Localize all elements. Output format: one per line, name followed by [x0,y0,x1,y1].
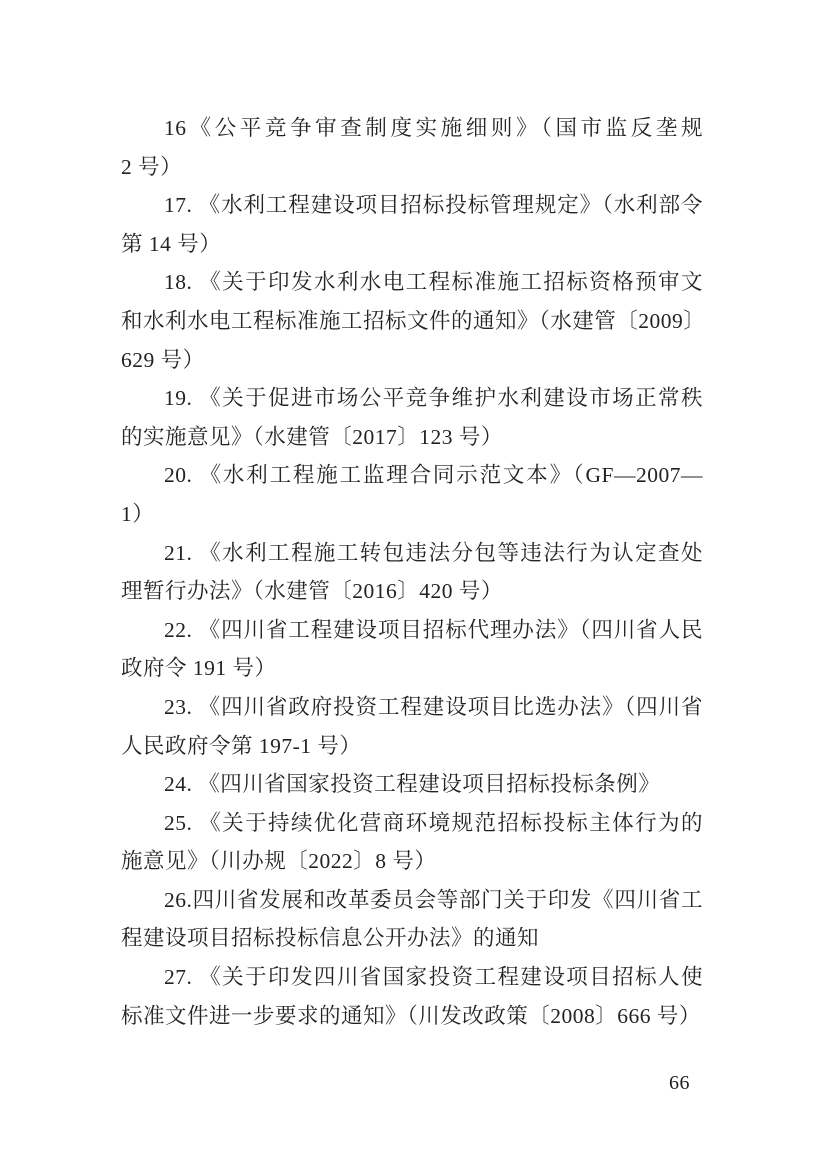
text-line: 629 号） [121,341,703,380]
text-line: 24. 《四川省国家投资工程建设项目招标投标条例》 [121,765,703,804]
page-footer: 66 [669,1069,690,1097]
text-line: 17. 《水利工程建设项目招标投标管理规定》（水利部令 [121,186,703,225]
text-line: 施意见》（川办规〔2022〕8 号） [121,842,703,881]
document-page: 16《公平竞争审查制度实施细则》（国市监反垄规〔2021〕2 号）17. 《水利… [0,0,826,1169]
text-line: 19. 《关于促进市场公平竞争维护水利建设市场正常秩序 [121,379,703,418]
text-line: 程建设项目招标投标信息公开办法》的通知 [121,919,703,958]
text-line: 20. 《水利工程施工监理合同示范文本》（GF—2007—021 [121,456,703,495]
text-line: 人民政府令第 197-1 号） [121,727,703,766]
text-line: 27. 《关于印发四川省国家投资工程建设项目招标人使用 [121,958,703,997]
text-line: 18. 《关于印发水利水电工程标准施工招标资格预审文件 [121,263,703,302]
text-line: 的实施意见》（水建管〔2017〕123 号） [121,418,703,457]
text-line: 21. 《水利工程施工转包违法分包等违法行为认定查处管 [121,534,703,573]
text-line: 和水利水电工程标准施工招标文件的通知》（水建管〔2009〕 [121,302,703,341]
text-line: 1） [121,495,703,534]
document-body: 16《公平竞争审查制度实施细则》（国市监反垄规〔2021〕2 号）17. 《水利… [121,109,703,1035]
text-line: 22. 《四川省工程建设项目招标代理办法》（四川省人民 [121,611,703,650]
text-line: 政府令 191 号） [121,649,703,688]
text-line: 理暂行办法》（水建管〔2016〕420 号） [121,572,703,611]
text-line: 2 号） [121,148,703,187]
text-line: 第 14 号） [121,225,703,264]
text-line: 25. 《关于持续优化营商环境规范招标投标主体行为的实 [121,804,703,843]
text-line: 23. 《四川省政府投资工程建设项目比选办法》（四川省 [121,688,703,727]
page-number: 66 [669,1072,690,1094]
text-line: 26.四川省发展和改革委员会等部门关于印发《四川省工 [121,881,703,920]
text-line: 16《公平竞争审查制度实施细则》（国市监反垄规〔2021〕 [121,109,703,148]
text-line: 标准文件进一步要求的通知》（川发改政策〔2008〕666 号） [121,997,703,1036]
